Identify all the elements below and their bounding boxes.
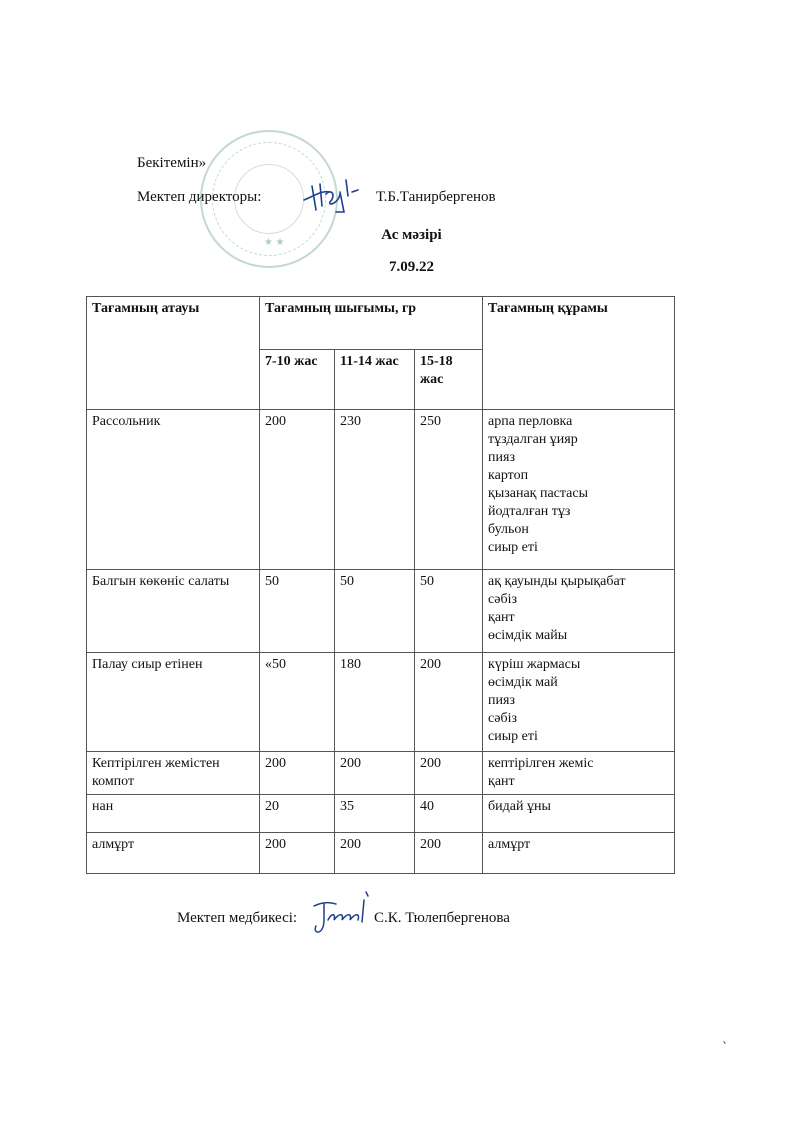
menu-date: 7.09.22 <box>0 259 793 276</box>
yield-cell: 50 <box>415 570 483 653</box>
column-header-age-11-14: 11-14 жас <box>335 350 415 410</box>
table-body: Рассольник200230250арпа перловкатұздалга… <box>87 410 675 874</box>
yield-cell: 180 <box>335 653 415 752</box>
ingredient-item: кептірілген жеміс <box>488 755 669 773</box>
ingredient-item: сиыр еті <box>488 539 669 557</box>
scan-mark <box>723 1041 726 1044</box>
director-name: Т.Б.Танирбергенов <box>376 189 496 206</box>
ingredient-item: қант <box>488 609 669 627</box>
dish-name-cell: Палау сиыр етінен <box>87 653 260 752</box>
ingredients-cell: кептірілген жемісқант <box>483 752 675 795</box>
ingredients-cell: арпа перловкатұздалган ұиярпиязкартопқыз… <box>483 410 675 570</box>
nurse-label: Мектеп медбикесі: <box>177 910 297 926</box>
yield-cell: 200 <box>260 833 335 874</box>
ingredient-item: арпа перловка <box>488 413 669 431</box>
ingredient-item: йодталған тұз <box>488 503 669 521</box>
age-group-label: 15-18 жас <box>420 354 453 387</box>
ingredient-item: қант <box>488 773 669 791</box>
ingredient-item: тұздалган ұияр <box>488 431 669 449</box>
column-header-age-7-10: 7-10 жас <box>260 350 335 410</box>
yield-cell: 40 <box>415 795 483 833</box>
dish-name-cell: Балгын көкөніс салаты <box>87 570 260 653</box>
ingredients-cell: бидай ұны <box>483 795 675 833</box>
ingredient-item: пияз <box>488 692 669 710</box>
yield-cell: 200 <box>335 833 415 874</box>
age-group-label: 11-14 жас <box>340 354 399 369</box>
nurse-signature-icon <box>310 890 376 940</box>
ingredient-item: сәбіз <box>488 591 669 609</box>
yield-cell: 230 <box>335 410 415 570</box>
yield-cell: 200 <box>415 752 483 795</box>
yield-cell: 250 <box>415 410 483 570</box>
column-header-dish-name: Тағамның атауы <box>87 297 260 410</box>
table-row: алмұрт200200200алмұрт <box>87 833 675 874</box>
yield-cell: 50 <box>260 570 335 653</box>
ingredient-item: сәбіз <box>488 710 669 728</box>
ingredients-cell: алмұрт <box>483 833 675 874</box>
table-header-row: Тағамның атауы Тағамның шығымы, гр Тағам… <box>87 297 675 350</box>
ingredient-item: қызанақ пастасы <box>488 485 669 503</box>
ingredient-item: ақ қауынды қырықабат <box>488 573 669 591</box>
ingredient-item: пияз <box>488 449 669 467</box>
nurse-name: С.К. Тюлепбергенова <box>374 910 510 927</box>
table-row: нан203540бидай ұны <box>87 795 675 833</box>
table-row: Балгын көкөніс салаты505050ақ қауынды қы… <box>87 570 675 653</box>
ingredient-item: алмұрт <box>488 836 669 854</box>
director-line: Мектеп директоры: Т.Б.Танирбергенов <box>137 189 261 206</box>
dish-name-cell: нан <box>87 795 260 833</box>
ingredient-item: күріш жармасы <box>488 656 669 674</box>
yield-cell: 200 <box>260 410 335 570</box>
menu-table: Тағамның атауы Тағамның шығымы, гр Тағам… <box>86 296 675 874</box>
yield-cell: 50 <box>335 570 415 653</box>
page-title: Ас мәзірі <box>0 227 793 244</box>
yield-cell: 20 <box>260 795 335 833</box>
director-label: Мектеп директоры: <box>137 189 261 205</box>
ingredient-item: сиыр еті <box>488 728 669 746</box>
dish-name-cell: Кептірілген жемістен компот <box>87 752 260 795</box>
ingredient-item: бульон <box>488 521 669 539</box>
dish-name-cell: Рассольник <box>87 410 260 570</box>
ingredient-item: бидай ұны <box>488 798 669 816</box>
column-header-age-15-18: 15-18 жас <box>415 350 483 410</box>
nurse-line: Мектеп медбикесі: С.К. Тюлепбергенова <box>177 910 297 927</box>
table-row: Кептірілген жемістен компот200200200кепт… <box>87 752 675 795</box>
ingredient-item: картоп <box>488 467 669 485</box>
age-group-label: 7-10 жас <box>265 354 318 369</box>
column-header-yield: Тағамның шығымы, гр <box>260 297 483 350</box>
yield-cell: «50 <box>260 653 335 752</box>
ingredients-cell: күріш жармасыөсімдік майпиязсәбізсиыр ет… <box>483 653 675 752</box>
yield-cell: 200 <box>415 653 483 752</box>
director-signature-icon <box>300 176 362 218</box>
table-row: Палау сиыр етінен«50180200күріш жармасыө… <box>87 653 675 752</box>
dish-name-cell: алмұрт <box>87 833 260 874</box>
ingredient-item: өсімдік майы <box>488 627 669 645</box>
ingredient-item: өсімдік май <box>488 674 669 692</box>
yield-cell: 200 <box>335 752 415 795</box>
table-row: Рассольник200230250арпа перловкатұздалга… <box>87 410 675 570</box>
yield-cell: 35 <box>335 795 415 833</box>
yield-cell: 200 <box>415 833 483 874</box>
yield-cell: 200 <box>260 752 335 795</box>
column-header-composition: Тағамның құрамы <box>483 297 675 410</box>
ingredients-cell: ақ қауынды қырықабатсәбізқантөсімдік май… <box>483 570 675 653</box>
approval-label: Бекітемін» <box>137 155 206 172</box>
